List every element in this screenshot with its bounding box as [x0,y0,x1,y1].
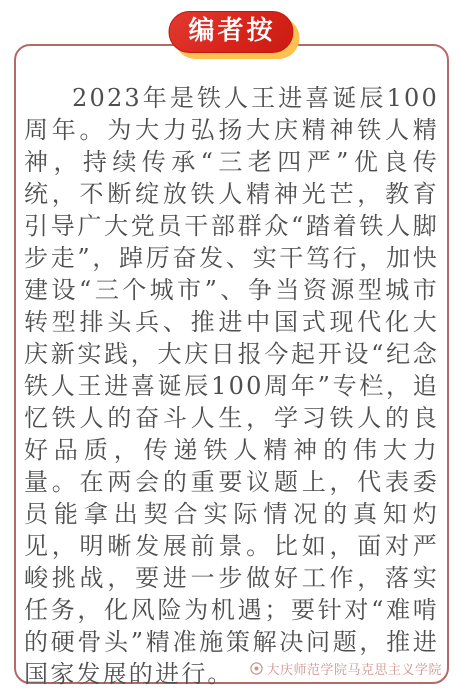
watermark-text: 大庆师范学院马克思主义学院 [266,659,442,678]
watermark: 大庆师范学院马克思主义学院 [250,659,442,678]
badge-label: 编者按 [188,16,275,46]
editor-note-card: 2023年是铁人王进喜诞辰100周年。为大力弘扬大庆精神铁人精神，持续传承“三老… [0,0,462,699]
note-box: 2023年是铁人王进喜诞辰100周年。为大力弘扬大庆精神铁人精神，持续传承“三老… [14,44,449,684]
editor-note-badge: 编者按 [168,11,293,53]
note-paragraph: 2023年是铁人王进喜诞辰100周年。为大力弘扬大庆精神铁人精神，持续传承“三老… [24,82,439,690]
school-emblem-icon [250,662,263,675]
